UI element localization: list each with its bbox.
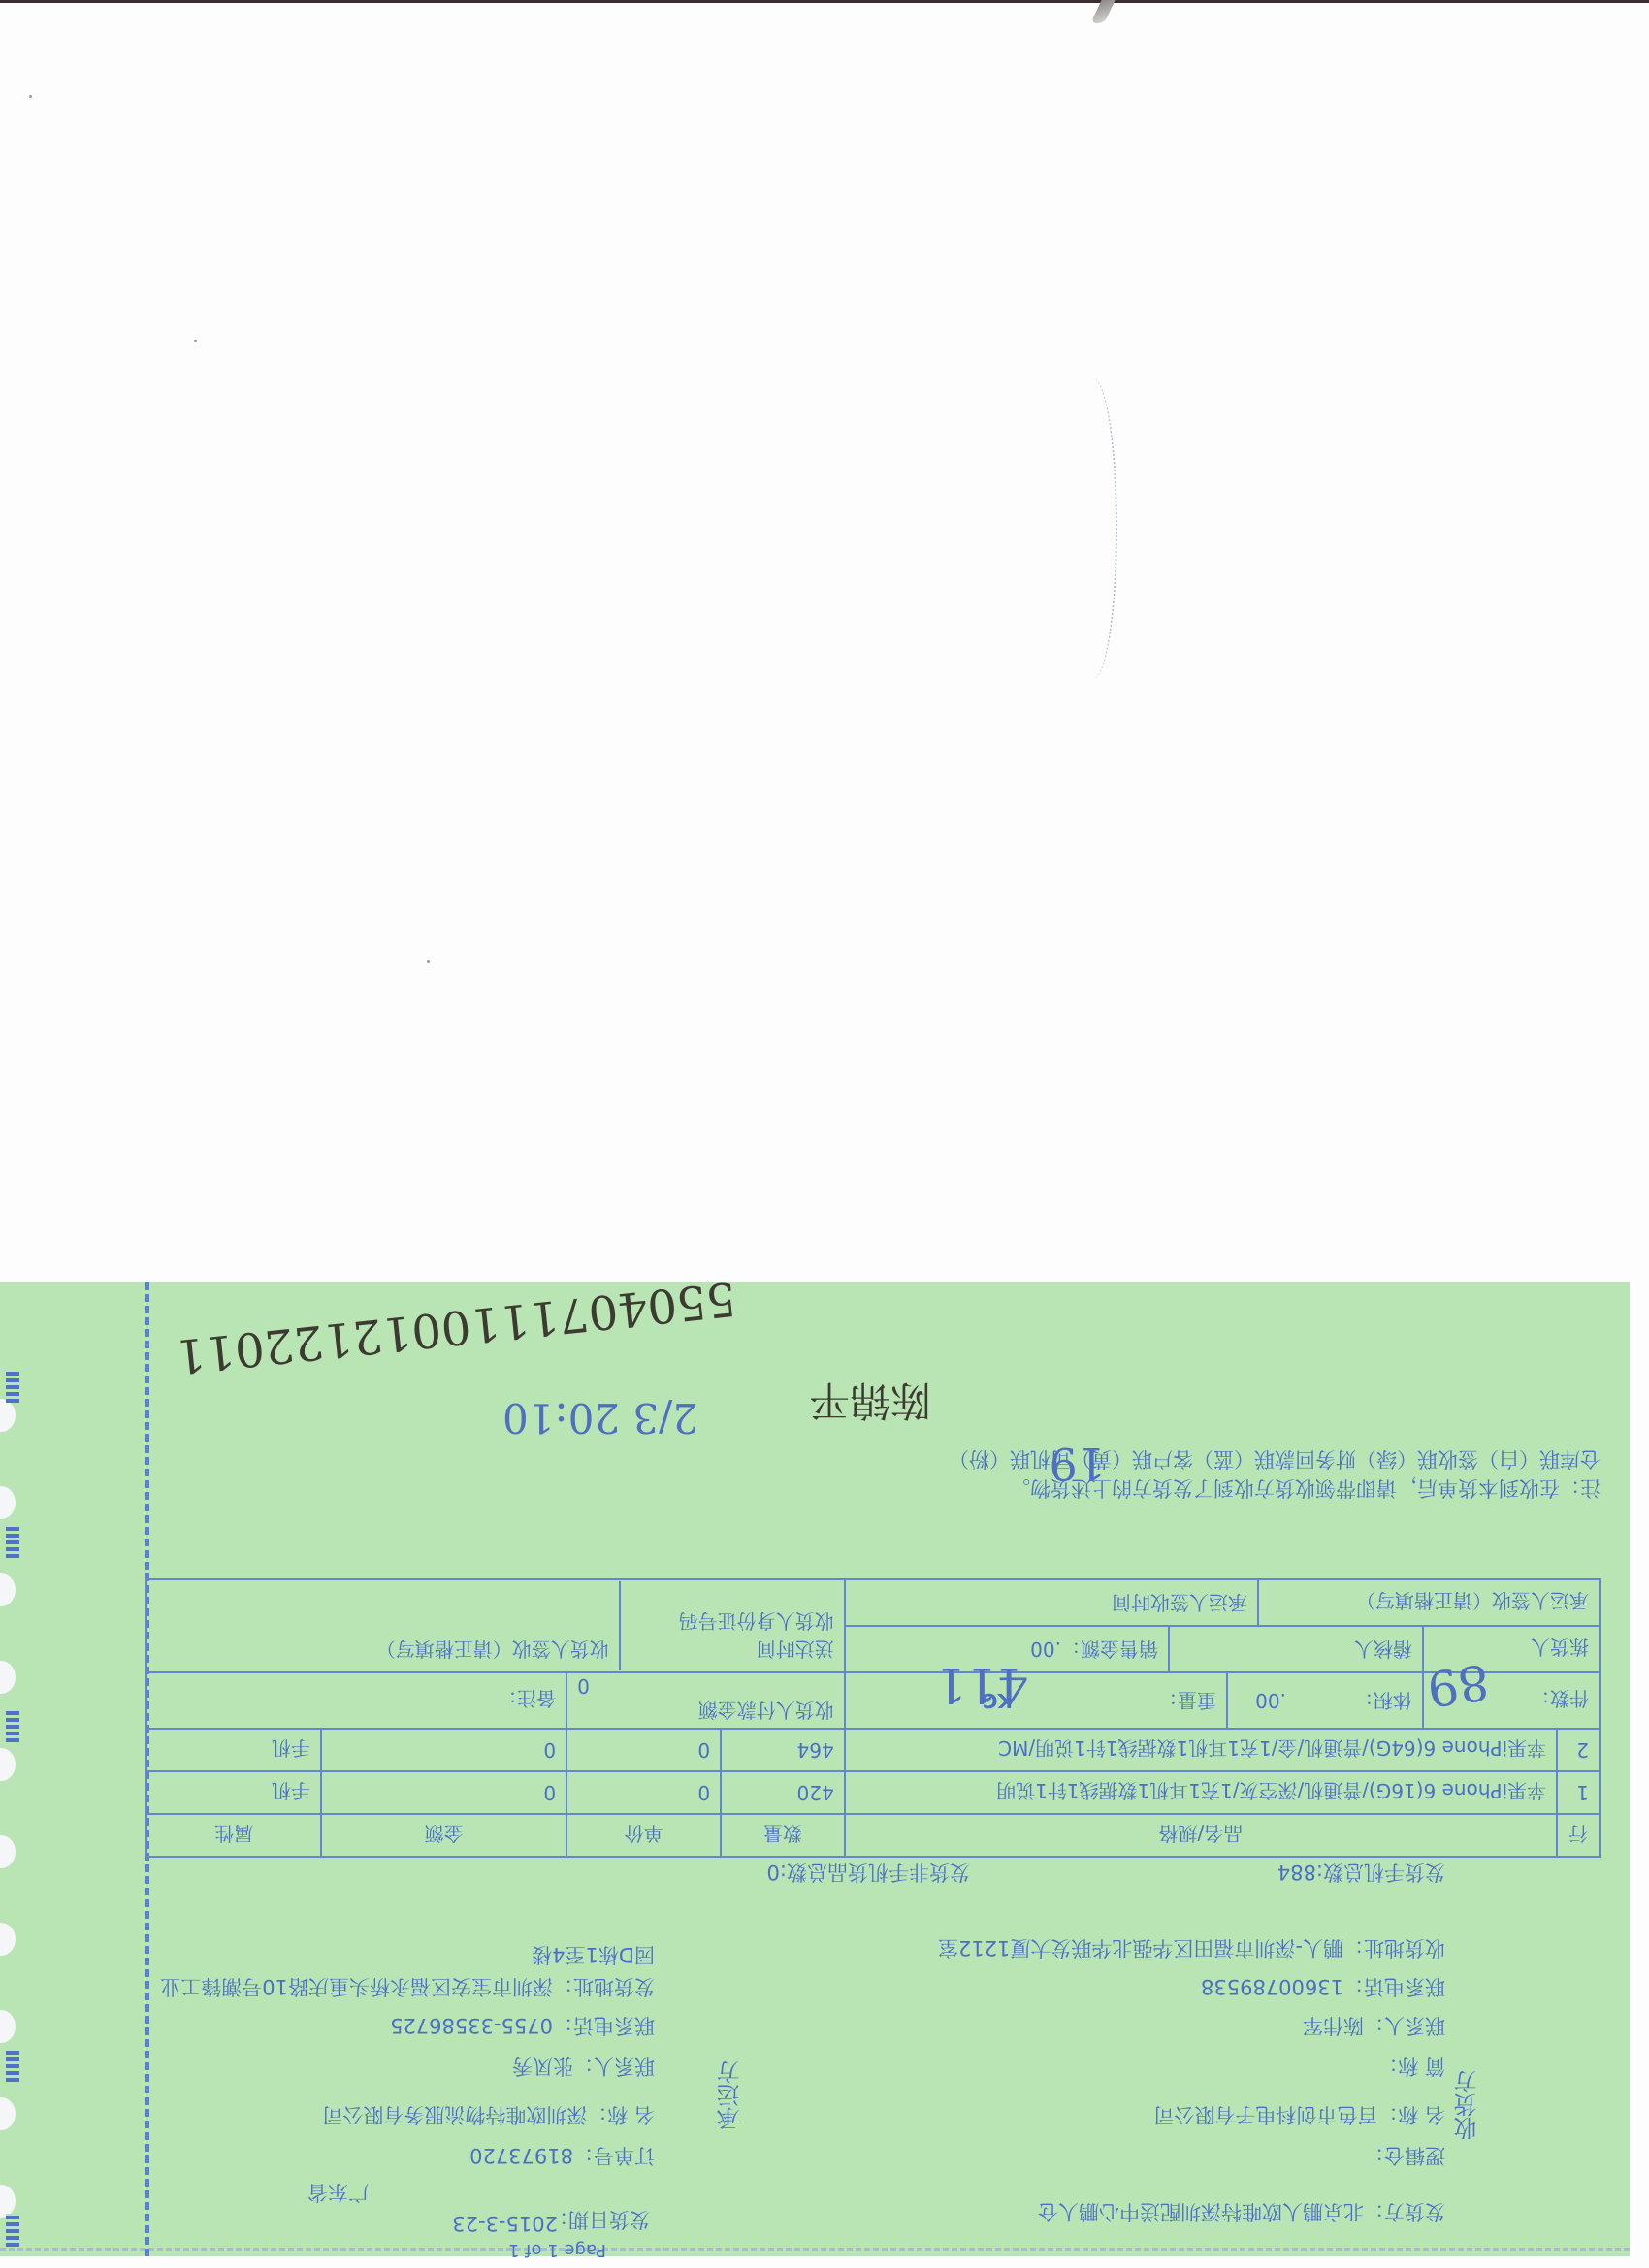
note-line2: 仓库联（白）签收联（绿）财务回款联（蓝）客户联（黄）司机联（粉） (949, 1445, 1600, 1474)
signature-row: 拣货人 稽核人 销售金额：.00 承运人签收（请正楷填写） 承运人签收时间 送达… (146, 1579, 1600, 1672)
row-line: 2 (1557, 1729, 1600, 1771)
handwritten-name: 陈锦平 (809, 1374, 931, 1432)
row-qty: 420 (721, 1771, 845, 1814)
carrier-section-label: 承运方 (713, 2060, 747, 2130)
speck (427, 960, 430, 963)
feed-hole (0, 2097, 16, 2130)
page-footer: Page 1 of 1 (508, 2240, 606, 2260)
feed-hole (0, 1661, 16, 1694)
pencil-curve (1077, 378, 1117, 679)
volume-label: 体积： (1286, 1673, 1424, 1728)
feed-hole (0, 1486, 16, 1519)
col-attr: 属性 (146, 1814, 321, 1857)
region: 广东省 (307, 2179, 369, 2208)
consignee-name: 名 称：百色市创科电子有限公司 (1153, 2101, 1445, 2130)
carrier-name: 名 称：深圳欧唯特物流服务有限公司 (322, 2101, 655, 2130)
margin-mark (6, 1370, 19, 1403)
total-phones: 发货手机总数:884 (1277, 1859, 1445, 1888)
feed-hole (0, 1399, 16, 1432)
margin-mark (6, 2214, 19, 2247)
carrier-contact: 联系人：张凤秀 (512, 2053, 655, 2082)
delivery-time-label: 送达时间 (630, 1636, 834, 1665)
ship-date: 2015-3-23 (452, 2212, 558, 2235)
receiver-id-label: 收货人身份证号码 (630, 1608, 834, 1636)
shipper: 发货方：北京鹏人欧唯特深圳配送中心鹏人仓 (1038, 2198, 1445, 2227)
margin-mark (6, 1709, 19, 1742)
logistics-label: 逻辑仓： (1364, 2142, 1445, 2171)
feed-hole (0, 2185, 16, 2218)
row-item: 苹果iPhone 6(16G)/普通机/深空灰/1充1耳机1数据线1针1说明 (845, 1771, 1557, 1814)
col-qty: 数量 (721, 1814, 845, 1857)
handwritten-time: 2/3 20:10 (502, 1394, 698, 1442)
consignee-section-label: 收货方 (1450, 2070, 1484, 2140)
shipping-form: Page 1 of 1 发货方：北京鹏人欧唯特深圳配送中心鹏人仓 发货日期： 2… (0, 1282, 1630, 2256)
row-price: 0 (566, 1729, 721, 1771)
margin-mark (6, 2049, 19, 2082)
col-item: 品名/规格 (845, 1814, 1557, 1857)
order-number: 订单号：81973720 (469, 2142, 655, 2171)
consignee-short-name: 简 称： (1377, 2053, 1445, 2082)
consignee-contact: 联系人：陈伟军 (1303, 2012, 1445, 2041)
feed-hole (0, 1573, 16, 1606)
handwritten-qty-note: 19 (1049, 1438, 1106, 1490)
reviewer-label: 稽核人 (1170, 1627, 1424, 1671)
speck (194, 340, 197, 342)
handwritten-number: 5504071110012122011 (173, 1271, 738, 1383)
carrier-sign-label: 承运人签收（请正楷填写） (1259, 1589, 1599, 1617)
consignee-address: 收货地址：鹏人-深圳市福田区华强北华联发大厦1212室 (938, 1934, 1445, 1963)
feed-hole (0, 1923, 16, 1956)
feed-hole (0, 1748, 16, 1781)
col-price: 单价 (566, 1814, 721, 1857)
pencil-mark (1090, 0, 1115, 23)
total-non-phones: 发货非手机货品总数:0 (767, 1859, 970, 1888)
handwritten-weight: 411 (936, 1657, 1028, 1713)
row-amount: 0 (321, 1729, 566, 1771)
carrier-time-label: 承运人签收时间 (1112, 1580, 1259, 1625)
payment-label: 收货人付款金额 (577, 1699, 834, 1727)
perforated-edge (0, 2248, 1630, 2256)
table-row: 2 苹果iPhone 6(64G)/普通机/金/1充1耳机1数据线1针1说明/M… (146, 1729, 1600, 1771)
remarks-label: 备注： (498, 1688, 556, 1711)
carrier-address-line1: 发货地址：深圳市宝安区福永桥头重庆路10号潮锋工业 (160, 1973, 655, 2002)
row-amount: 0 (321, 1771, 566, 1814)
sales-amount: 销售金额：.00 (1030, 1627, 1170, 1671)
row-line: 1 (1557, 1771, 1600, 1814)
row-attr: 手机 (146, 1729, 321, 1771)
feed-hole (0, 1835, 16, 1868)
payment-value: 0 (577, 1675, 834, 1699)
margin-mark (6, 1525, 19, 1558)
consignee-phone: 联系电话：13600789538 (1201, 1973, 1445, 2002)
carrier-address-line2: 园D栋1至4楼 (532, 1941, 655, 1970)
col-amount: 金额 (321, 1814, 566, 1857)
handwritten-pieces: 89 (1424, 1653, 1493, 1717)
row-item: 苹果iPhone 6(64G)/普通机/金/1充1耳机1数据线1针1说明/MC (845, 1729, 1557, 1771)
col-line: 行 (1557, 1814, 1600, 1857)
table-row: 1 苹果iPhone 6(16G)/普通机/深空灰/1充1耳机1数据线1针1说明… (146, 1771, 1600, 1814)
table-header-row: 行 品名/规格 数量 单价 金额 属性 (146, 1814, 1600, 1857)
row-price: 0 (566, 1771, 721, 1814)
scanner-edge (0, 0, 1649, 3)
receiver-sign-label: 收货人签收（请正楷填写） (367, 1581, 619, 1670)
carrier-phone: 联系电话：0755-33586725 (390, 2012, 655, 2041)
summary-row: 件数： 体积： .00 重量： KG 收货人付款金额 0 备注： (146, 1672, 1600, 1729)
ship-date-label: 发货日期： (548, 2206, 650, 2235)
row-attr: 手机 (146, 1771, 321, 1814)
feed-hole (0, 2010, 16, 2043)
row-qty: 464 (721, 1729, 845, 1771)
speck (29, 95, 32, 98)
items-table: 行 品名/规格 数量 单价 金额 属性 1 苹果iPhone 6(16G)/普通… (145, 1578, 1600, 1858)
volume-value: .00 (1228, 1689, 1286, 1712)
weight-label: 重量： (1129, 1673, 1228, 1728)
